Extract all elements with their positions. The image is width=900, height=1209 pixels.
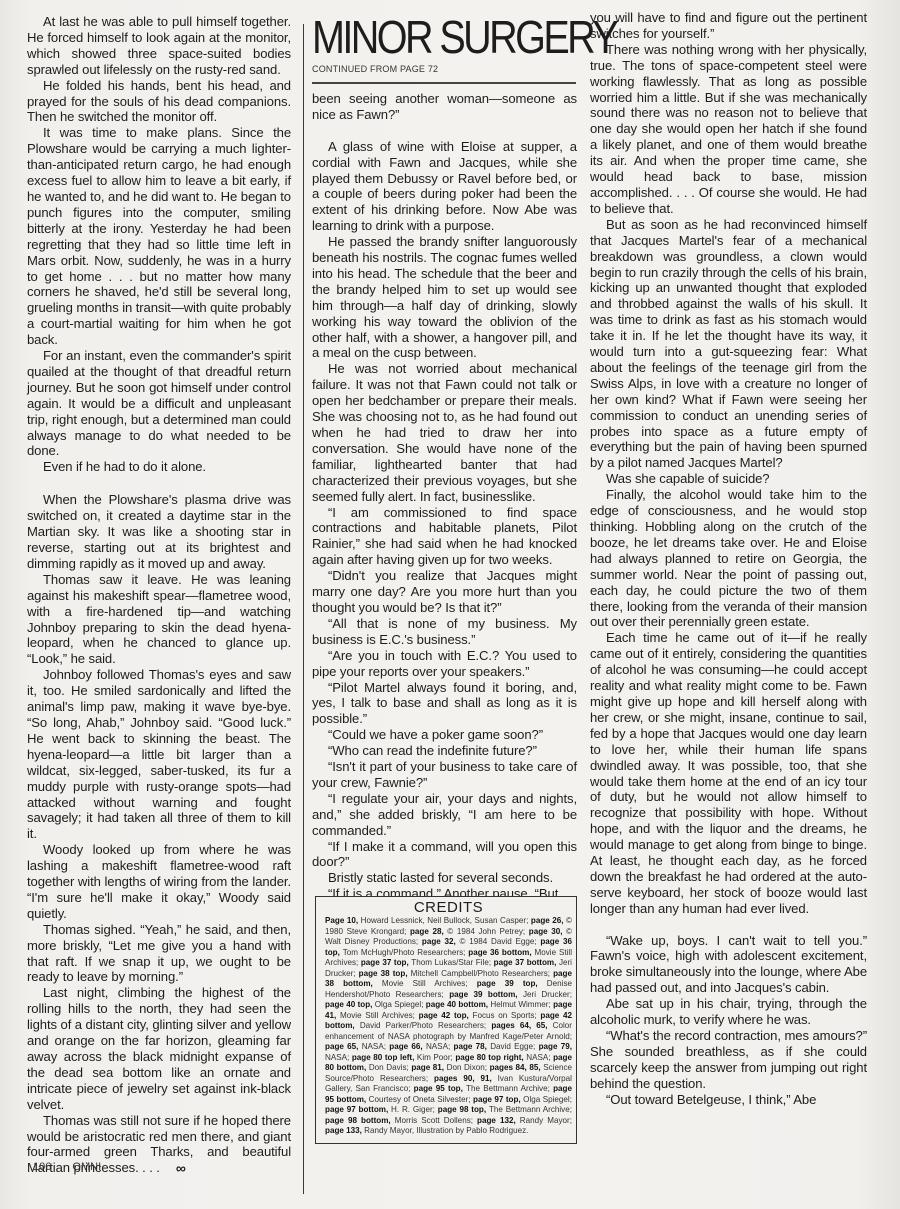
credit-source: The Bettmann Archive; [466,1084,553,1093]
credit-source: Courtesy of Oneta Silvester; [369,1095,473,1104]
page-number: 106 [33,1161,51,1173]
credit-page-ref: page 37 top, [361,958,411,967]
credit-source: Don Davis; [369,1063,412,1072]
credit-page-ref: page 26, [531,916,566,925]
column-2: MINOR SURGERY CONTINUED FROM PAGE 72 bee… [312,14,577,902]
credit-source: Jeri Drucker; [523,990,572,999]
credits-list: Page 10, Howard Lessnick, Neil Bullock, … [325,916,572,1137]
credit-page-ref: page 98 top, [438,1105,489,1114]
credit-page-ref: page 79, [539,1042,572,1051]
paragraph: “If I make it a command, will you open t… [312,839,577,871]
credit-page-ref: page 38 top, [359,969,411,978]
credit-source: Olga Spiegel; [375,1000,426,1009]
credit-source: Kim Poor; [417,1053,455,1062]
credit-source: © 1984 David Egge; [460,937,541,946]
credit-page-ref: pages 90, 91, [434,1074,498,1083]
paragraph: Johnboy followed Thomas's eyes and saw i… [27,667,291,842]
credit-page-ref: page 81, [411,1063,446,1072]
credit-page-ref: page 39 top, [477,979,547,988]
credit-source: NASA; [526,1053,553,1062]
credit-page-ref: page 28, [410,927,447,936]
paragraph: “I regulate your air, your days and nigh… [312,791,577,839]
paragraph: “Could we have a poker game soon?” [312,727,577,743]
continued-from-label: CONTINUED FROM PAGE 72 [312,64,577,74]
credit-source: Randy Mayor; [520,1116,572,1125]
credit-source: Movie Still Archives; [382,979,477,988]
paragraph: Bristly static lasted for several second… [312,870,577,886]
column-3: you will have to find and figure out the… [590,10,867,1108]
paragraph: “Didn't you realize that Jacques might m… [312,568,577,616]
credit-page-ref: page 36 bottom, [468,948,534,957]
paragraph: But as soon as he had reconvinced himsel… [590,217,867,472]
paragraph: Abe sat up in his chair, trying, through… [590,996,867,1028]
paragraph: A glass of wine with Eloise at supper, a… [312,139,577,234]
paragraph: Last night, climbing the highest of the … [27,985,291,1112]
paragraph: “Are you in touch with E.C.? You used to… [312,648,577,680]
credit-source: NASA; [362,1042,390,1051]
paragraph: He passed the brandy snifter languorousl… [312,234,577,361]
credit-page-ref: pages 84, 85, [490,1063,544,1072]
credit-source: Movie Still Archives; [340,1011,419,1020]
credit-page-ref: page 97 top, [473,1095,523,1104]
credit-source: Mitchell Campbell/Photo Researchers; [411,969,553,978]
magazine-name: OMNI [72,1161,101,1173]
credits-box: CREDITS Page 10, Howard Lessnick, Neil B… [315,896,577,1144]
paragraph: “Who can read the indefinite future?” [312,743,577,759]
end-mark-icon: ∞ [160,1161,183,1177]
paragraph: “All that is none of my business. My bus… [312,616,577,648]
paragraph: For an instant, even the commander's spi… [27,348,291,459]
paragraph: “Wake up, boys. I can't wait to tell you… [590,933,867,997]
title-rule [312,82,576,84]
credit-page-ref: page 40 top, [325,1000,375,1009]
credit-page-ref: Page 10, [325,916,361,925]
credit-source: © 1984 John Petrey; [447,927,528,936]
credit-page-ref: page 39 bottom, [449,990,523,999]
credit-page-ref: page 30, [529,927,566,936]
credit-source: Thom Lukas/Star File; [411,958,493,967]
credit-source: NASA; [426,1042,454,1051]
credit-source: Howard Lessnick, Neil Bullock, Susan Cas… [361,916,531,925]
credit-page-ref: page 37 bottom, [494,958,559,967]
article-title: MINOR SURGERY [312,14,540,60]
paragraph: “Isn't it part of your business to take … [312,759,577,791]
paragraph: “Out toward Betelgeuse, I think,” Abe [590,1092,867,1108]
credit-page-ref: page 132, [477,1116,520,1125]
credit-page-ref: page 80 top right, [455,1053,526,1062]
credit-page-ref: page 65, [325,1042,362,1051]
credit-source: David Parker/Photo Researchers; [360,1021,492,1030]
credit-page-ref: page 98 bottom, [325,1116,395,1125]
credit-page-ref: page 40 bottom, [426,1000,491,1009]
paragraph: you will have to find and figure out the… [590,10,867,42]
paragraph: He was not worried about mechanical fail… [312,361,577,504]
paragraph: It was time to make plans. Since the Plo… [27,125,291,348]
credit-page-ref: page 32, [422,937,460,946]
paragraph: been seeing another woman—someone as nic… [312,91,577,123]
column-1: At last he was able to pull himself toge… [27,14,291,1177]
paragraph: Woody looked up from where he was lashin… [27,842,291,922]
paragraph: “What's the record contraction, mes amou… [590,1028,867,1092]
paragraph: Each time he came out of it—if he really… [590,630,867,916]
credit-source: Focus on Sports; [473,1011,541,1020]
credit-source: Don Dixon; [447,1063,490,1072]
paragraph: Even if he had to do it alone. [27,459,291,475]
magazine-page: At last he was able to pull himself toge… [0,0,900,1209]
paragraph: Thomas sighed. “Yeah,” he said, and then… [27,922,291,986]
column-divider [303,24,304,1194]
credit-page-ref: page 66, [389,1042,426,1051]
credit-source: David Egge; [490,1042,538,1051]
credit-page-ref: page 97 bottom, [325,1105,391,1114]
paragraph: Finally, the alcohol would take him to t… [590,487,867,630]
credit-source: Randy Mayor, Illustration by Pablo Rodri… [364,1126,528,1135]
paragraph: “I am commissioned to find space contrac… [312,505,577,569]
credits-heading: CREDITS [325,900,572,916]
credit-page-ref: pages 64, 65, [491,1021,552,1030]
paragraph: He folded his hands, bent his head, and … [27,78,291,126]
credit-source: Tom McHugh/Photo Researchers; [343,948,469,957]
paragraph: At last he was able to pull himself toge… [27,14,291,78]
credit-page-ref: page 78, [454,1042,491,1051]
paragraph: When the Plowshare's plasma drive was sw… [27,492,291,572]
credit-source: Morris Scott Dollens; [395,1116,477,1125]
credit-source: H. R. Giger; [391,1105,438,1114]
credit-source: The Bettmann Archive; [489,1105,572,1114]
paragraph: There was nothing wrong with her physica… [590,42,867,217]
credit-source: Olga Spiegel; [523,1095,572,1104]
credit-page-ref: page 133, [325,1126,364,1135]
credit-source: NASA; [325,1053,352,1062]
credit-page-ref: page 95 top, [414,1084,466,1093]
credit-page-ref: page 42 top, [419,1011,473,1020]
page-footer: 106 OMNI [33,1161,101,1173]
paragraph: Was she capable of suicide? [590,471,867,487]
credit-source: Helmut Wimmer; [490,1000,553,1009]
paragraph: Thomas saw it leave. He was leaning agai… [27,572,291,667]
credit-page-ref: page 80 top left, [352,1053,417,1062]
paragraph: “Pilot Martel always found it boring, an… [312,680,577,728]
